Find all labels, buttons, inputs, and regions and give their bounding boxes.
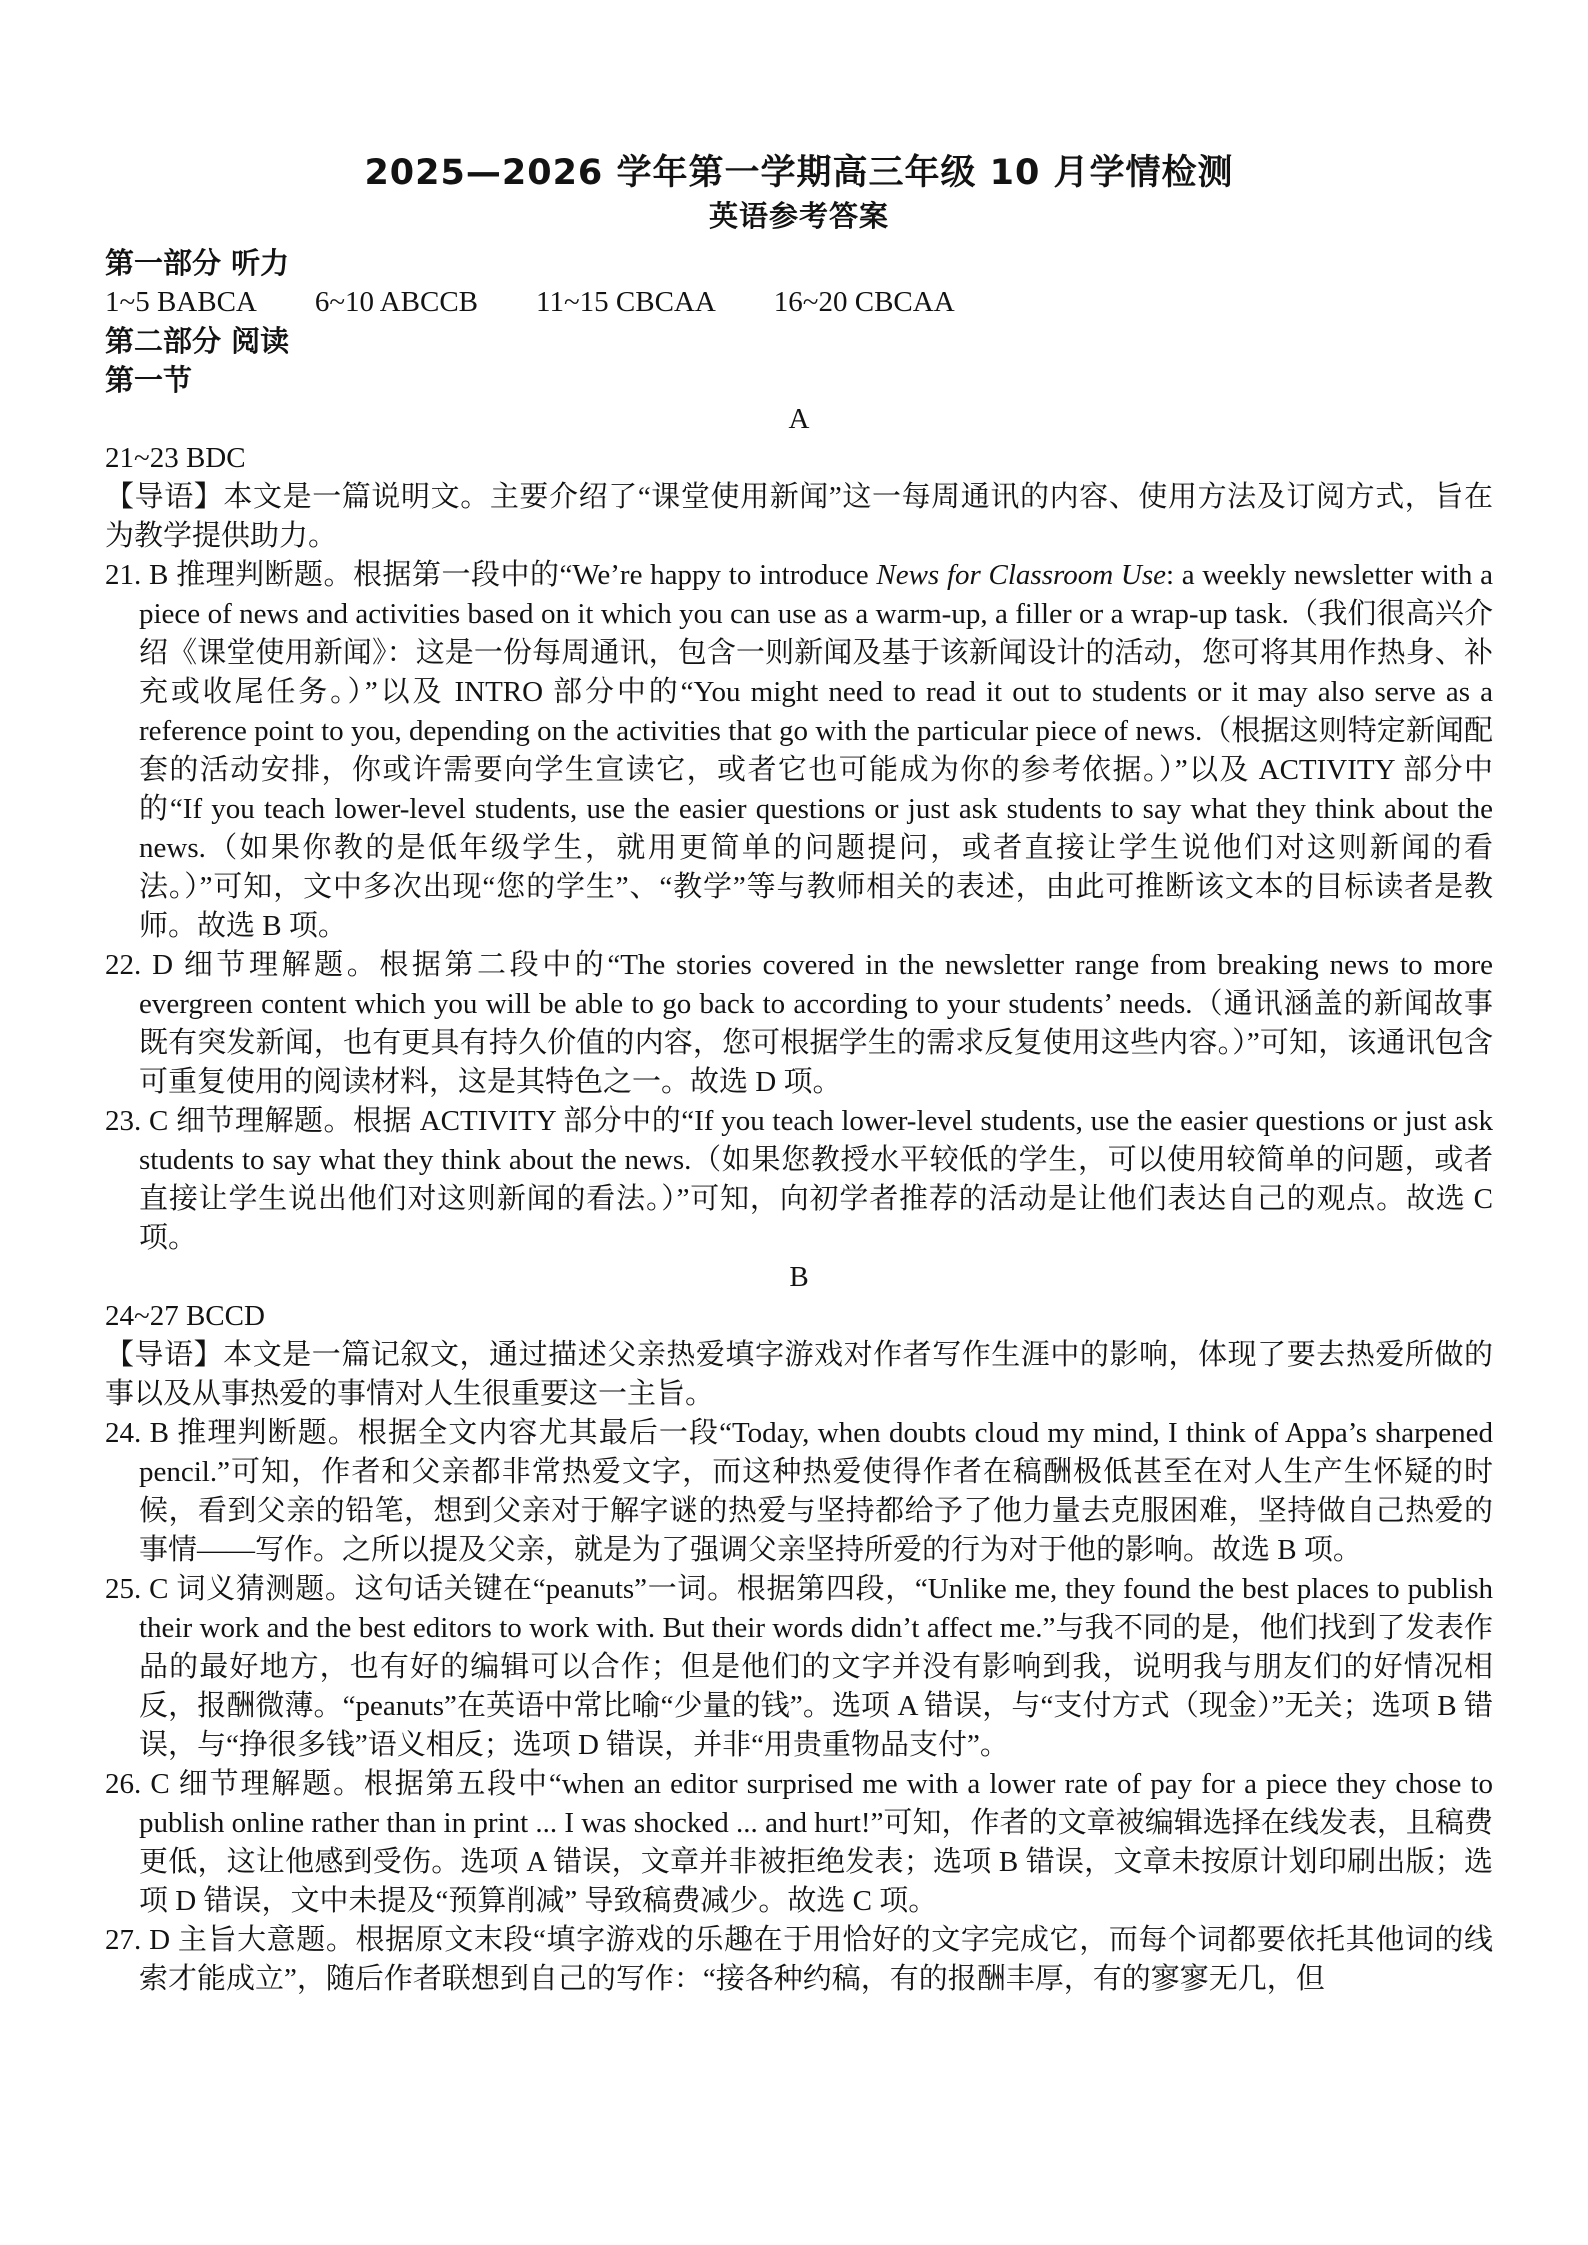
explanation-22: 22. D 细节理解题。根据第二段中的“The stories covered … (105, 946, 1493, 1102)
passage-a-label: A (105, 400, 1493, 439)
explanation-26: 26. C 细节理解题。根据第五段中“when an editor surpri… (105, 1765, 1493, 1921)
answer-group: 1~5 BABCA (105, 283, 257, 322)
text-segment: 主旨大意题。根据原文末段“填字游戏的乐趣在于用恰好的文字完成它，而每个词都要依托… (139, 1924, 1493, 1995)
explanation-21: 21. B 推理判断题。根据第一段中的“We’re happy to intro… (105, 556, 1493, 946)
text-segment: 细节理解题。根据第二段中的“The stories covered in the… (139, 949, 1493, 1098)
answer-group: 21~23 BDC (105, 439, 246, 478)
answer-key-page: 2025—2026 学年第一学期高三年级 10 月学情检测 英语参考答案 第一部… (0, 0, 1588, 2245)
item-number-answer: 24. B (105, 1417, 177, 1449)
explanation-23: 23. C 细节理解题。根据 ACTIVITY 部分中的“If you teac… (105, 1102, 1493, 1258)
passage-b-label: B (105, 1258, 1493, 1297)
item-number-answer: 26. C (105, 1768, 179, 1800)
page-title: 2025—2026 学年第一学期高三年级 10 月学情检测 (105, 150, 1493, 196)
text-segment: 细节理解题。根据第五段中“when an editor surprised me… (139, 1768, 1493, 1917)
text-segment: 推理判断题。根据第一段中的“We’re happy to introduce (176, 559, 876, 591)
explanation-24: 24. B 推理判断题。根据全文内容尤其最后一段“Today, when dou… (105, 1414, 1493, 1570)
passage-b-intro: 【导语】本文是一篇记叙文，通过描述父亲热爱填字游戏对作者写作生涯中的影响，体现了… (105, 1336, 1493, 1414)
explanation-27: 27. D 主旨大意题。根据原文末段“填字游戏的乐趣在于用恰好的文字完成它，而每… (105, 1921, 1493, 1999)
item-number-answer: 23. C (105, 1105, 176, 1137)
answer-group: 6~10 ABCCB (315, 283, 478, 322)
answer-group: 16~20 CBCAA (774, 283, 955, 322)
answer-group: 11~15 CBCAA (536, 283, 716, 322)
item-number-answer: 22. D (105, 949, 184, 981)
text-segment: 【导语】本文是一篇说明文。主要介绍了“课堂使用新闻”这一每周通讯的内容、使用方法… (105, 481, 1493, 552)
part2-heading: 第二部分 阅读 (105, 322, 1493, 361)
document-blocks: 第一部分 听力1~5 BABCA6~10 ABCCB11~15 CBCAA16~… (105, 244, 1493, 1999)
listening-answers: 1~5 BABCA6~10 ABCCB11~15 CBCAA16~20 CBCA… (105, 283, 1493, 322)
item-number-answer: 27. D (105, 1924, 178, 1956)
passage-b-answers: 24~27 BCCD (105, 1297, 1493, 1336)
item-number-answer: 21. B (105, 559, 176, 591)
text-segment: 词义猜测题。这句话关键在“peanuts”一词。根据第四段，“Unlike me… (139, 1573, 1493, 1761)
text-segment: 细节理解题。根据 ACTIVITY 部分中的“If you teach lowe… (139, 1105, 1493, 1254)
passage-a-intro: 【导语】本文是一篇说明文。主要介绍了“课堂使用新闻”这一每周通讯的内容、使用方法… (105, 478, 1493, 556)
text-segment: 【导语】本文是一篇记叙文，通过描述父亲热爱填字游戏对作者写作生涯中的影响，体现了… (105, 1339, 1493, 1410)
page-subtitle: 英语参考答案 (105, 196, 1493, 236)
part1-heading: 第一部分 听力 (105, 244, 1493, 283)
answer-group: 24~27 BCCD (105, 1297, 265, 1336)
passage-a-answers: 21~23 BDC (105, 439, 1493, 478)
text-segment: : a weekly newsletter with a piece of ne… (139, 559, 1493, 942)
item-number-answer: 25. C (105, 1573, 176, 1605)
section1-heading: 第一节 (105, 361, 1493, 400)
italic-citation: News for Classroom Use (876, 559, 1166, 591)
text-segment: 推理判断题。根据全文内容尤其最后一段“Today, when doubts cl… (139, 1417, 1493, 1566)
explanation-25: 25. C 词义猜测题。这句话关键在“peanuts”一词。根据第四段，“Unl… (105, 1570, 1493, 1765)
